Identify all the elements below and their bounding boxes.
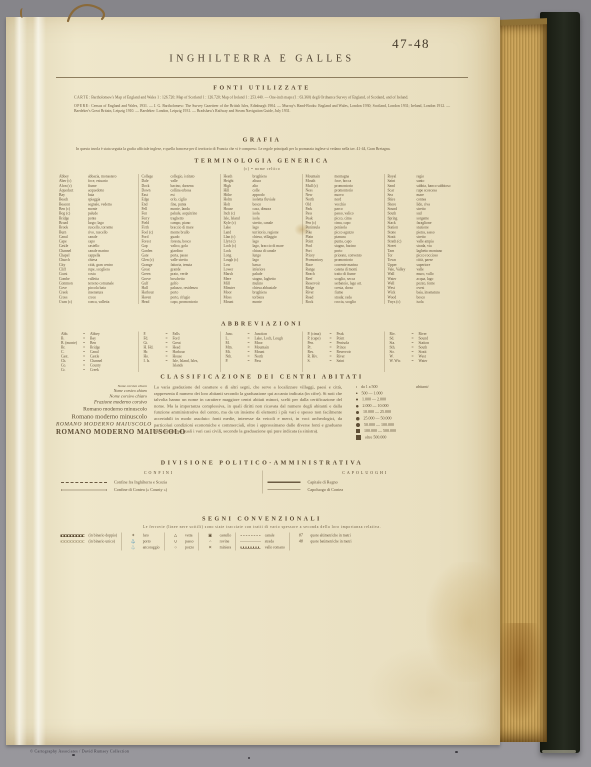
equals-sign <box>166 363 173 368</box>
classificazione-type-samples: Nome corsivo chiaroNome corsivo chiaroNo… <box>56 384 154 441</box>
segni-entry: ✕miniera <box>204 545 232 551</box>
expansion: Water <box>419 359 428 364</box>
glossary-term: Head <box>142 300 171 305</box>
segni-group: △vetta∪passo○pozzo <box>164 533 199 551</box>
abbreviation-column: Junc.=JunctionL.=Lake, Loch, LoughM.=Moo… <box>220 332 302 373</box>
abbreviation-column: Abb.=AbbeyB.=BayB. (monte)=BenBr.=Bridge… <box>56 332 138 373</box>
segni-group: ✶faro⚓porto⚓ancoraggio <box>122 533 164 551</box>
expansion: Creek <box>90 368 99 373</box>
legend-label: Capitale di Regno <box>308 479 338 487</box>
segni-label: pozzo <box>185 545 194 551</box>
classificazione-paragraph: La varia gradazione del carattere e di a… <box>154 384 342 441</box>
abbreviazioni-table: Abb.=AbbeyB.=BayB. (monte)=BenBr.=Bridge… <box>56 332 468 373</box>
line-wall-swatch <box>241 547 261 549</box>
population-marker <box>356 429 360 433</box>
segni-note: Le ferrovie (linee nere sottili) sono st… <box>56 525 468 530</box>
glossary-definition: monte <box>253 300 301 305</box>
glossary-term: Mount <box>224 300 253 305</box>
classificazione-population-table: da 1 a 500abitanti500 — 1.0001.000 — 2.0… <box>342 384 468 441</box>
segni-entry: (in binario unico) <box>61 539 118 545</box>
segni-label: ancoraggio <box>143 545 160 551</box>
equals-sign: = <box>330 359 337 364</box>
atlas-page: 47-48 INGHILTERRA E GALLES FONTI UTILIZZ… <box>6 17 500 745</box>
glossary-definition: roccia, scoglio <box>335 300 383 305</box>
fonti-carte-text: Bartholomew's Map of England and Wales 1… <box>91 95 408 100</box>
glossary-definition: capo, promontorio <box>171 300 219 305</box>
fonti-opere: OPERE: Census of England and Wales, 1931… <box>74 104 450 113</box>
segni-groups: (in binario doppio)(in binario unico)✶fa… <box>56 533 468 551</box>
collection-watermark: © Cartography Associates / David Rumsey … <box>30 749 129 754</box>
confini-list: Confine fra Inghilterra e ScoziaConfine … <box>61 479 257 494</box>
binding-fold <box>14 17 27 745</box>
equals-sign: = <box>83 368 90 373</box>
glossary-column: Collegecollegio, istitutoDalevalleDockba… <box>138 174 220 304</box>
abbreviation: W. Wtr. <box>390 359 412 364</box>
population-marker <box>356 411 359 414</box>
legend-entry: Capitale di Regno <box>268 479 464 487</box>
cap-thin-swatch <box>268 489 301 490</box>
glossary-column: MountainmontagnaMouthfoce, boccaMull (c)… <box>302 174 384 304</box>
dust-speck <box>72 754 75 756</box>
capoluoghi-title: CAPOLUOGHI <box>268 471 464 476</box>
paper-stain <box>366 647 496 737</box>
glossary-definition: isola <box>417 300 465 305</box>
segni-entry: 48quote batimetriche in metri <box>294 539 351 545</box>
population-marker <box>356 423 360 427</box>
segni-heading: SEGNI CONVENZIONALI <box>56 515 468 523</box>
type-sample: Romano moderno minuscolo <box>56 413 147 421</box>
fonti-heading: FONTI UTILIZZATE <box>56 84 468 92</box>
terminologia-note: (c) = nome celtico <box>56 167 468 172</box>
border-dash-swatch <box>61 482 107 483</box>
dust-speck <box>455 751 458 753</box>
segni-entry: ○pozzo <box>169 545 194 551</box>
abbreviation-column: Riv.=RiverSd.=SoundSta.=StationSth.=Sout… <box>384 332 466 373</box>
population-marker <box>356 405 359 408</box>
glossary-term: Rock <box>306 300 335 305</box>
abbreviation-column: P. (cima)=PeakP. (capo)=PointPen.=Peniso… <box>302 332 384 373</box>
abbreviation <box>144 363 166 368</box>
abbreviation-entry: P.=Pass <box>226 359 301 364</box>
expansion: Islands <box>173 363 183 368</box>
abbreviation: S. <box>308 359 330 364</box>
confini-title: CONFINI <box>61 471 257 476</box>
classificazione-heading: CLASSIFICAZIONE DEI CENTRI ABITATI <box>56 373 468 381</box>
divider-rule <box>56 77 468 78</box>
abbreviation: P. <box>226 359 248 364</box>
bookmark-thread <box>66 1 116 23</box>
segni-label: (in binario unico) <box>89 539 116 545</box>
rail-single-swatch <box>61 541 85 543</box>
legend-label: Confine fra Inghilterra e Scozia <box>114 479 167 487</box>
segni-group: (in binario doppio)(in binario unico) <box>56 533 122 551</box>
bookmark-thread <box>20 8 27 18</box>
binding-fold <box>33 17 46 745</box>
segni-entry: ⚓ancoraggio <box>127 545 160 551</box>
abbreviation-entry: W. Wtr.=Water <box>390 359 465 364</box>
book-fore-edge <box>497 23 547 742</box>
terminologia-table: Abbeyabbazia, monasteroAber (c)foce, est… <box>56 174 468 304</box>
segni-group: 87quote altimetriche in metri48quote bat… <box>289 533 356 551</box>
symbol-glyph: ○ <box>169 545 182 551</box>
legend-entry: Confine fra Inghilterra e Scozia <box>61 479 257 487</box>
glossary-term: Ynys (c) <box>388 300 417 305</box>
abbreviazioni-heading: ABBREVIAZIONI <box>56 320 468 328</box>
population-marker <box>356 387 357 388</box>
expansion: Saint <box>337 359 345 364</box>
photo-backdrop: 47-48 INGHILTERRA E GALLES FONTI UTILIZZ… <box>0 0 591 767</box>
line-dash-swatch <box>241 535 261 536</box>
population-marker <box>356 399 358 401</box>
divisione-heading: DIVISIONE POLITICO-AMMINISTRATIVA <box>56 459 468 467</box>
glossary-entry: Rockroccia, scoglio <box>306 300 383 305</box>
type-sample: Romano moderno minuscolo <box>56 406 147 413</box>
legend-label: Capoluogo di Contea <box>308 486 344 494</box>
population-range: oltre 500.000 <box>365 434 420 440</box>
capoluoghi-list: Capitale di RegnoCapoluogo di Contea <box>268 479 464 494</box>
segni-label: quote batimetriche in metri <box>310 539 351 545</box>
population-marker <box>356 435 361 440</box>
abbreviation-entry: Islands <box>144 363 219 368</box>
segni-entry: vallo romano <box>241 545 285 551</box>
population-suffix: abitanti <box>416 384 428 390</box>
segni-group: canalestradavallo romano <box>236 533 290 551</box>
symbol-glyph: 48 <box>294 539 307 545</box>
line-dot-swatch <box>241 541 261 542</box>
glossary-column: RoyalregioSaintsantoSandsabbia, banco sa… <box>384 174 466 304</box>
glossary-column: HeathbrughieraHeightalturaHighaltoHillco… <box>220 174 302 304</box>
abbreviation-column: F.=FallsFd.=FordGt.=GreatH. Hd.=HeadHr.=… <box>138 332 220 373</box>
population-marker <box>356 417 360 421</box>
glossary-column: Abbeyabbazia, monasteroAber (c)foce, est… <box>56 174 138 304</box>
fonti-carte: CARTE: Bartholomew's Map of England and … <box>74 95 450 100</box>
expansion: Pass <box>255 359 262 364</box>
equals-sign: = <box>248 359 255 364</box>
page-number: 47-48 <box>360 36 430 52</box>
segni-label: vallo romano <box>265 545 285 551</box>
population-marker <box>356 393 358 395</box>
legend-entry: Confine di Contea (« County ») <box>61 486 257 494</box>
equals-sign: = <box>412 359 419 364</box>
symbol-glyph: ⚓ <box>127 545 140 551</box>
segni-group: ▣castello∴rovine✕miniera <box>199 533 236 551</box>
page-title: INGHILTERRA E GALLES <box>56 53 468 65</box>
glossary-definition: conca, valletta <box>88 300 136 305</box>
glossary-entry: Headcapo, promontorio <box>142 300 219 305</box>
glossary-term: Cwm (c) <box>59 300 88 305</box>
symbol-glyph: ✕ <box>204 545 217 551</box>
population-row: oltre 500.000 <box>356 434 468 440</box>
segni-label: miniera <box>220 545 232 551</box>
rail-double-swatch <box>61 534 85 537</box>
abbreviation: Cr. <box>61 368 83 373</box>
cap-thick-swatch <box>268 482 301 484</box>
legend-label: Confine di Contea (« County ») <box>114 486 167 494</box>
glossary-entry: Mountmonte <box>224 300 301 305</box>
border-dot-swatch <box>61 489 107 490</box>
glossary-entry: Cwm (c)conca, valletta <box>59 300 136 305</box>
abbreviation-entry: Cr.=Creek <box>61 368 136 373</box>
grafia-text: In questa tavola è stata seguita la graf… <box>76 147 448 152</box>
type-sample: ROMANO MODERNO MAIUSCOLO <box>56 421 147 429</box>
type-sample: ROMANO MODERNO MAIUSCOLO <box>56 428 147 437</box>
fonti-carte-label: CARTE: <box>74 95 90 100</box>
dust-speck <box>248 757 250 759</box>
fonti-opere-text: Census of England and Wales, 1931. — J. … <box>74 104 450 113</box>
abbreviation-entry: S.=Saint <box>308 359 383 364</box>
grafia-heading: GRAFIA <box>56 136 468 144</box>
terminologia-heading: TERMINOLOGIA GENERICA <box>56 157 468 165</box>
legend-entry: Capoluogo di Contea <box>268 486 464 494</box>
glossary-entry: Ynys (c)isola <box>388 300 465 305</box>
